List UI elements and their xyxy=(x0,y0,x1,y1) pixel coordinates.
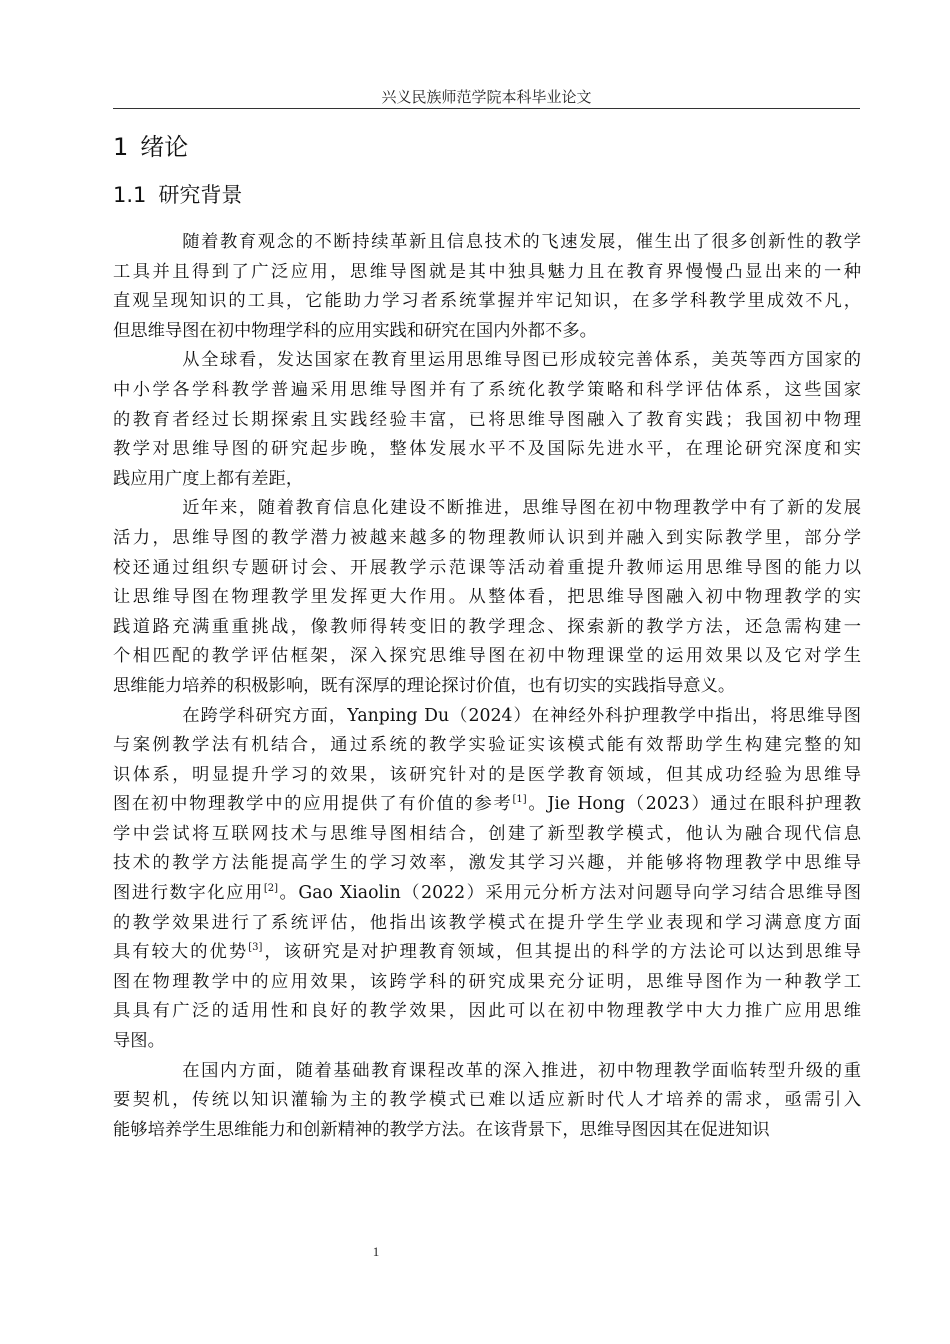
document-page: 兴义民族师范学院本科毕业论文 1绪论 1.1研究背景 随着教育观念的不断持续革新… xyxy=(0,0,950,1344)
text-line: 技术的教学方法能提高学生的学习效率，激发其学习兴趣，并能够将物理教学中思维导 xyxy=(113,849,861,879)
running-header: 兴义民族师范学院本科毕业论文 xyxy=(113,88,860,106)
text-line: 图在物理教学中的应用效果，该跨学科的研究成果充分证明，思维导图作为一种教学工 xyxy=(113,968,861,998)
text-line: 具具有广泛的适用性和良好的教学效果，因此可以在初中物理教学中大力推广应用思维 xyxy=(113,997,861,1027)
text-line: 与案例教学法有机结合，通过系统的教学实验证实该模式能有效帮助学生构建完整的知 xyxy=(113,731,861,761)
text-line: 随着教育观念的不断持续革新且信息技术的飞速发展，催生出了很多创新性的教学 xyxy=(113,228,861,258)
text-line: 在跨学科研究方面，Yanping Du（2024）在神经外科护理教学中指出，将思… xyxy=(113,702,861,732)
text-line: 从全球看，发达国家在教育里运用思维导图已形成较完善体系，美英等西方国家的 xyxy=(113,346,861,376)
text-line: 让思维导图在物理教学里发挥更大作用。从整体看，把思维导图融入初中物理教学的实 xyxy=(113,583,861,613)
paragraph: 在跨学科研究方面，Yanping Du（2024）在神经外科护理教学中指出，将思… xyxy=(113,702,861,1057)
header-rule xyxy=(113,108,860,109)
text-line: 校还通过组织专题研讨会、开展教学示范课等活动着重提升教师运用思维导图的能力以 xyxy=(113,554,861,584)
body-text: 随着教育观念的不断持续革新且信息技术的飞速发展，催生出了很多创新性的教学工具并且… xyxy=(113,228,861,1145)
text-line: 学中尝试将互联网技术与思维导图相结合，创建了新型教学模式，他认为融合现代信息 xyxy=(113,820,861,850)
citation-marker[interactable]: [2] xyxy=(264,883,278,894)
paragraph: 从全球看，发达国家在教育里运用思维导图已形成较完善体系，美英等西方国家的中小学各… xyxy=(113,346,861,494)
text-line: 在国内方面，随着基础教育课程改革的深入推进，初中物理教学面临转型升级的重 xyxy=(113,1057,861,1087)
section-number: 1 xyxy=(113,133,128,161)
text-line: 工具并且得到了广泛应用，思维导图就是其中独具魅力且在教育界慢慢凸显出来的一种 xyxy=(113,258,861,288)
text-line: 教学对思维导图的研究起步晚，整体发展水平不及国际先进水平，在理论研究深度和实 xyxy=(113,435,861,465)
text-line: 图在初中物理教学中的应用提供了有价值的参考[1]。Jie Hong（2023）通… xyxy=(113,790,861,820)
section-title: 绪论 xyxy=(140,133,188,161)
text-line: 个相匹配的教学评估框架，深入探究思维导图在初中物理课堂的运用效果以及它对学生 xyxy=(113,642,861,672)
text-line: 的教育者经过长期探索且实践经验丰富，已将思维导图融入了教育实践；我国初中物理 xyxy=(113,406,861,436)
paragraph: 近年来，随着教育信息化建设不断推进，思维导图在初中物理教学中有了新的发展活力，思… xyxy=(113,494,861,701)
citation-marker[interactable]: [3] xyxy=(248,942,262,953)
section-heading: 1绪论 xyxy=(113,130,188,164)
text-line: 能够培养学生思维能力和创新精神的教学方法。在该背景下，思维导图因其在促进知识 xyxy=(113,1116,861,1146)
text-line: 思维能力培养的积极影响，既有深厚的理论探讨价值，也有切实的实践指导意义。 xyxy=(113,672,861,702)
subsection-title: 研究背景 xyxy=(158,183,242,207)
text-line: 具有较大的优势[3]，该研究是对护理教育领域，但其提出的科学的方法论可以达到思维… xyxy=(113,938,861,968)
text-line: 中小学各学科教学普遍采用思维导图并有了系统化教学策略和科学评估体系，这些国家 xyxy=(113,376,861,406)
text-line: 识体系，明显提升学习的效果，该研究针对的是医学教育领域，但其成功经验为思维导 xyxy=(113,761,861,791)
text-line: 导图。 xyxy=(113,1027,861,1057)
text-line: 活力，思维导图的教学潜力被越来越多的物理教师认识到并融入到实际教学里，部分学 xyxy=(113,524,861,554)
text-line: 近年来，随着教育信息化建设不断推进，思维导图在初中物理教学中有了新的发展 xyxy=(113,494,861,524)
text-line: 践道路充满重重挑战，像教师得转变旧的教学理念、探索新的教学方法，还急需构建一 xyxy=(113,613,861,643)
citation-marker[interactable]: [1] xyxy=(513,794,527,805)
paragraph: 在国内方面，随着基础教育课程改革的深入推进，初中物理教学面临转型升级的重要契机，… xyxy=(113,1057,861,1146)
subsection-number: 1.1 xyxy=(113,183,146,207)
text-line: 图进行数字化应用[2]。Gao Xiaolin（2022）采用元分析方法对问题导… xyxy=(113,879,861,909)
page-number: 1 xyxy=(370,1244,382,1260)
text-line: 直观呈现知识的工具，它能助力学习者系统掌握并牢记知识，在多学科教学里成效不凡， xyxy=(113,287,861,317)
text-line: 要契机，传统以知识灌输为主的教学模式已难以适应新时代人才培养的需求，亟需引入 xyxy=(113,1086,861,1116)
text-line: 践应用广度上都有差距， xyxy=(113,465,861,495)
subsection-heading: 1.1研究背景 xyxy=(113,180,242,210)
paragraph: 随着教育观念的不断持续革新且信息技术的飞速发展，催生出了很多创新性的教学工具并且… xyxy=(113,228,861,346)
text-line: 但思维导图在初中物理学科的应用实践和研究在国内外都不多。 xyxy=(113,317,861,347)
text-line: 的教学效果进行了系统评估，他指出该教学模式在提升学生学业表现和学习满意度方面 xyxy=(113,909,861,939)
